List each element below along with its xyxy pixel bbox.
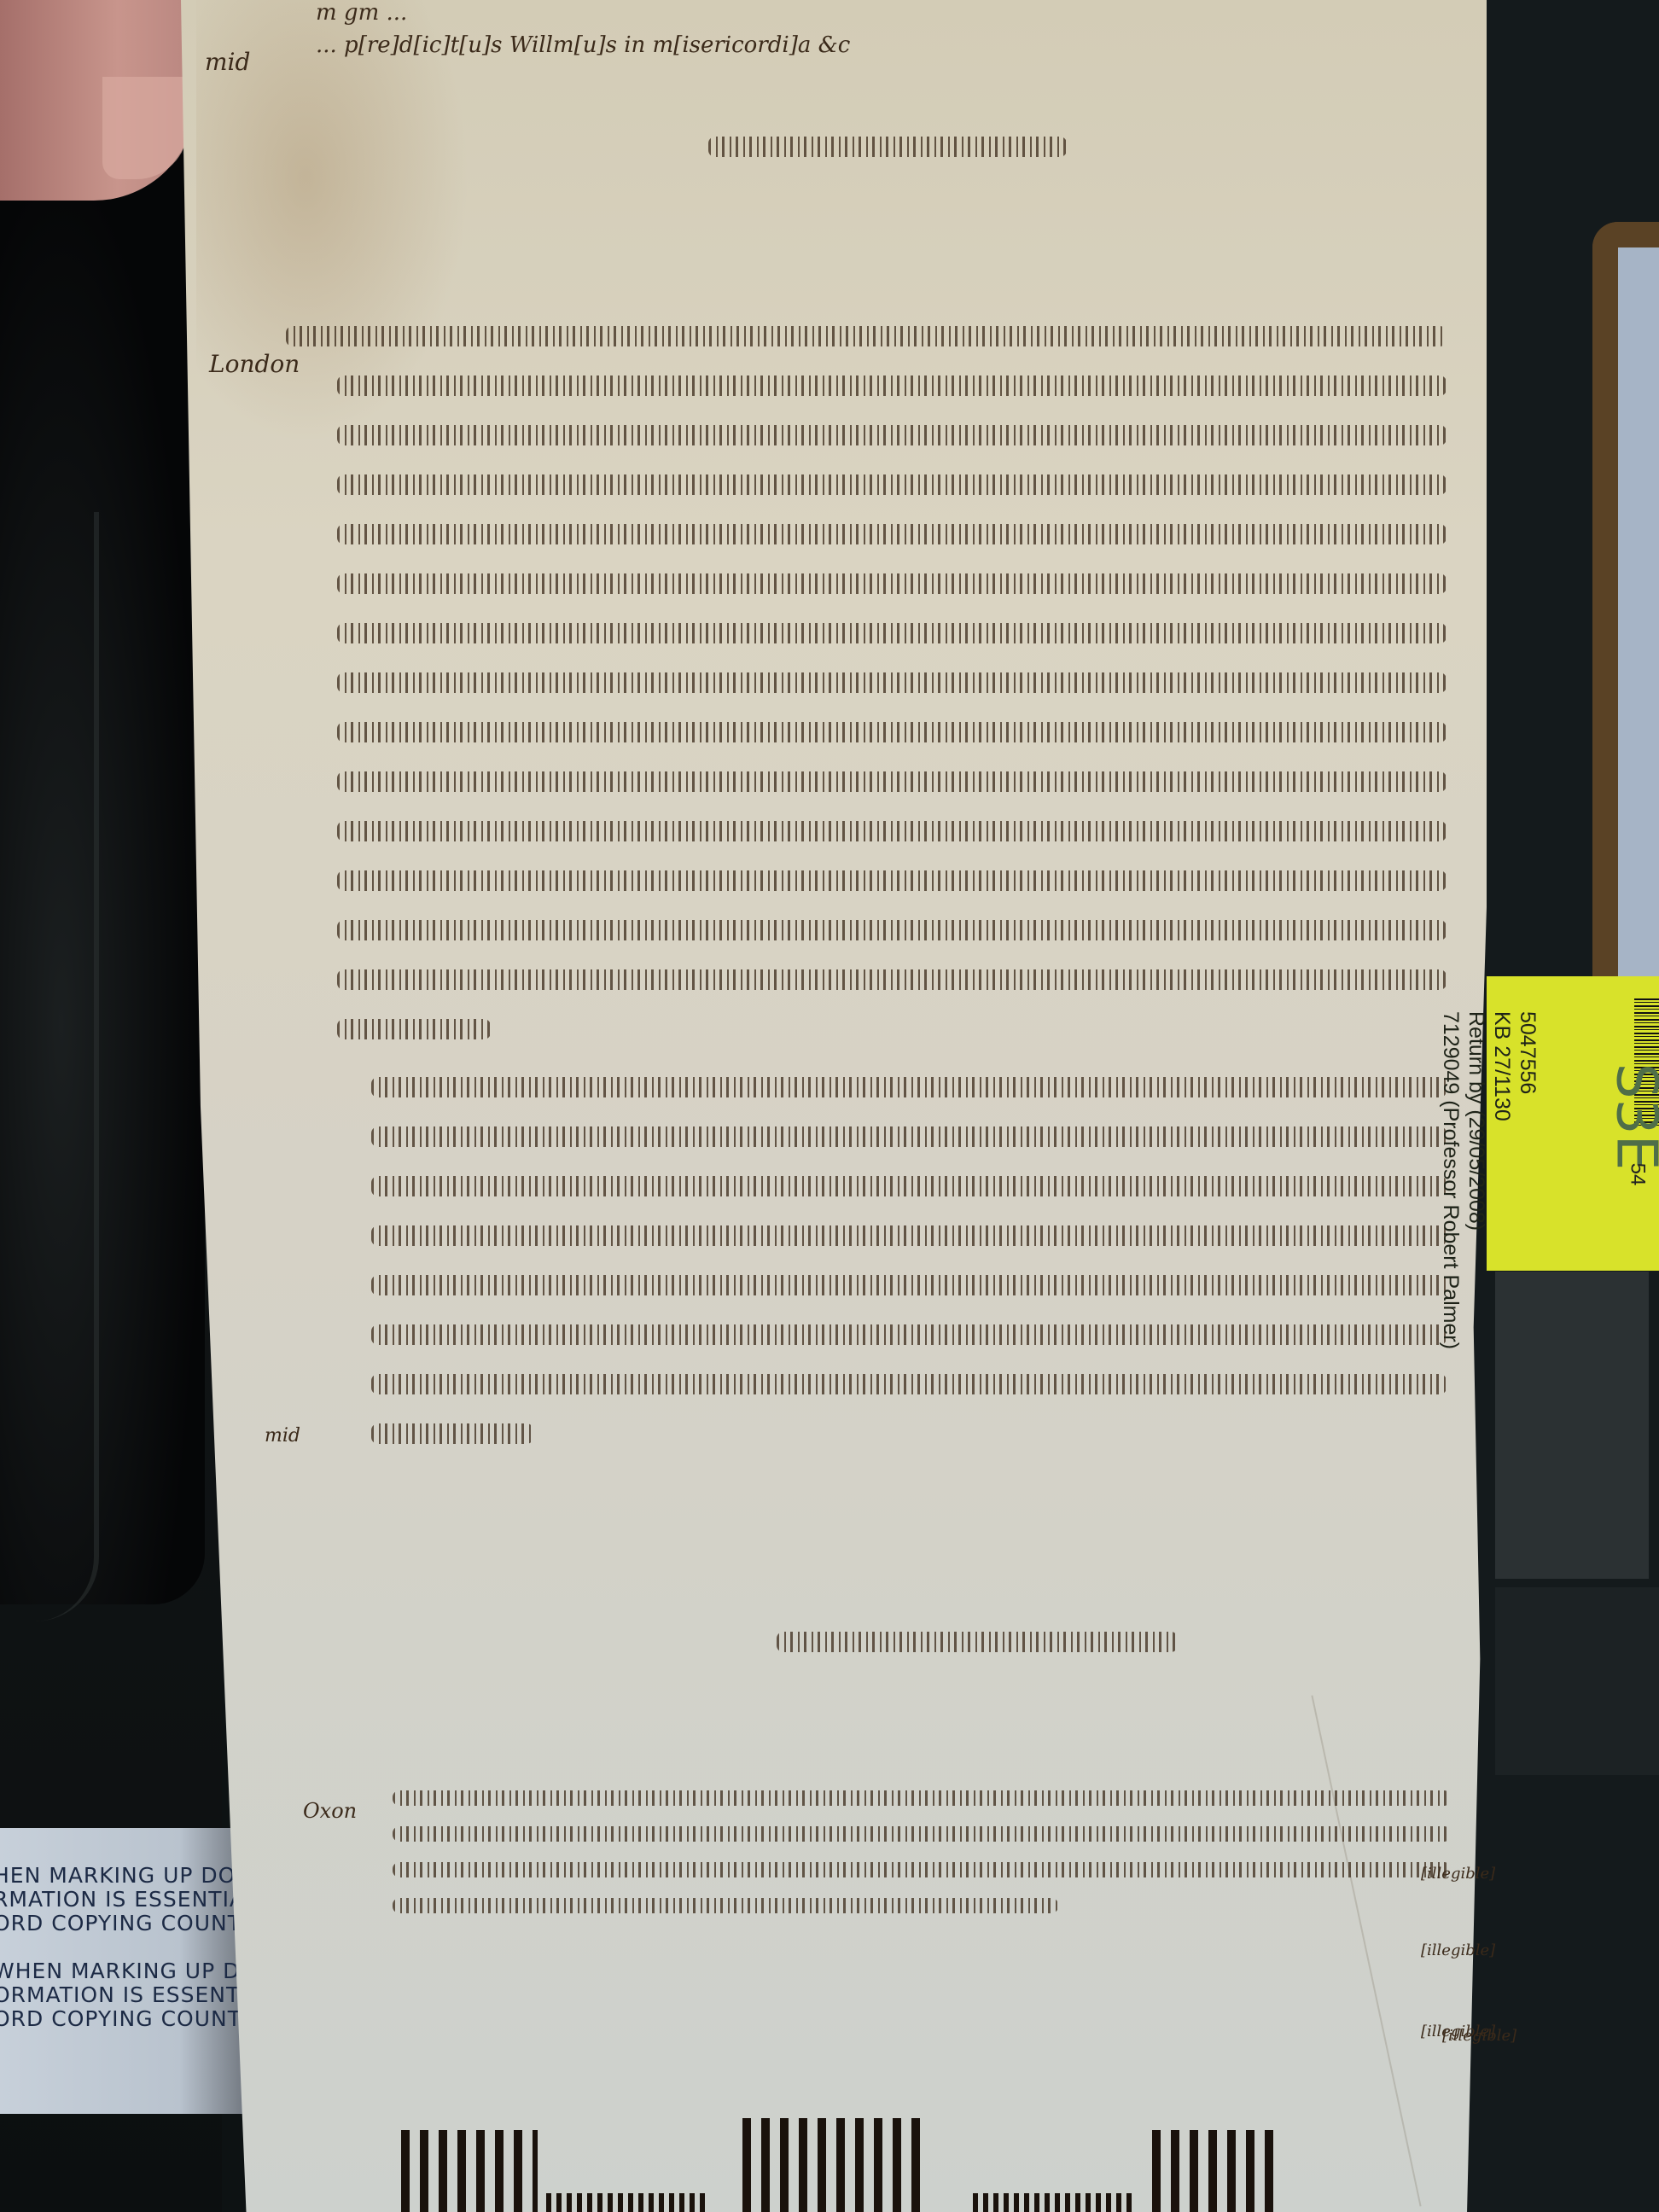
top-margin-note: mid bbox=[205, 48, 250, 76]
notice-line: WHEN MARKING UP DOCU bbox=[0, 1959, 249, 1983]
manuscript-line bbox=[371, 1077, 1447, 1116]
notice-line: ORD COPYING COUNTER SHO bbox=[0, 1912, 249, 1935]
archive-label-text: 5047556 KB 27/1130 Return by (29/05/2008… bbox=[1438, 1011, 1540, 1349]
manuscript-line bbox=[371, 1324, 1447, 1364]
manuscript-line bbox=[337, 425, 1447, 464]
notice-block-2: WHEN MARKING UP DOCU ORMATION IS ESSENTI… bbox=[0, 1959, 249, 2031]
manuscript-line bbox=[337, 573, 1447, 613]
right-edge-note: [illegible] bbox=[1421, 1865, 1495, 1883]
manuscript-line bbox=[337, 1019, 491, 1058]
foam-support-block-lower bbox=[1495, 1587, 1659, 1775]
manuscript-line bbox=[393, 1790, 1451, 1819]
right-edge-note: [illegible] bbox=[1421, 1941, 1495, 1959]
manuscript-line bbox=[337, 821, 1447, 860]
manuscript-line bbox=[371, 1374, 1447, 1413]
label-line: 5047556 bbox=[1515, 1011, 1540, 1349]
manuscript-line bbox=[371, 1423, 533, 1463]
manuscript-line: ... p[re]d[ic]t[u]s Willm[u]s in m[iseri… bbox=[316, 32, 828, 58]
notice-line: RMATION IS ESSENTIAL TO bbox=[0, 1888, 249, 1912]
gothic-flourish bbox=[973, 2193, 1135, 2212]
label-line: Return by (29/05/2008) bbox=[1464, 1011, 1489, 1349]
manuscript-line bbox=[286, 326, 1447, 365]
notice-line: ORD COPYING COUNTER SHO bbox=[0, 2007, 249, 2031]
notice-line: HEN MARKING UP DOCU bbox=[0, 1864, 249, 1888]
notice-block-1: HEN MARKING UP DOCU RMATION IS ESSENTIAL… bbox=[0, 1864, 249, 1935]
manuscript-line bbox=[337, 920, 1447, 959]
manuscript-line bbox=[337, 623, 1447, 662]
label-line: 7129049 (Professor Robert Palmer) bbox=[1438, 1011, 1464, 1349]
display-script bbox=[401, 2125, 1408, 2212]
manuscript-line bbox=[393, 1826, 1451, 1855]
gothic-flourish bbox=[546, 2193, 708, 2212]
manuscript-line bbox=[371, 1275, 1447, 1314]
notice-line: ORMATION IS ESSENTIAL TO bbox=[0, 1983, 249, 2007]
section-heading bbox=[777, 1621, 1178, 1652]
wooden-frame bbox=[1592, 222, 1659, 1024]
cushion-edge-highlight bbox=[34, 512, 99, 1621]
margin-note-mid: mid bbox=[265, 1425, 300, 1447]
handwriting-heading bbox=[777, 1632, 1178, 1652]
manuscript-line bbox=[393, 1862, 1451, 1891]
manuscript-line bbox=[337, 771, 1447, 811]
manuscript-line bbox=[337, 969, 1447, 1009]
manuscript-line bbox=[337, 375, 1447, 415]
top-fragment: m gm ... ... p[re]d[ic]t[u]s Willm[u]s i… bbox=[316, 0, 828, 58]
manuscript-line bbox=[393, 1898, 1058, 1927]
handwritten-mark: S3E bbox=[1604, 1063, 1659, 1171]
manuscript-line: m gm ... bbox=[316, 0, 828, 32]
manuscript-line bbox=[337, 722, 1447, 761]
gothic-letters bbox=[401, 2130, 538, 2212]
section-2-text bbox=[371, 1067, 1447, 1463]
handwriting-heading bbox=[708, 137, 1067, 157]
manuscript-line bbox=[371, 1176, 1447, 1215]
manuscript-line bbox=[337, 474, 1447, 514]
manuscript-line bbox=[337, 524, 1447, 563]
right-edge-note: [illegible] bbox=[1442, 2027, 1516, 2045]
black-support-cushion bbox=[0, 154, 205, 1604]
manuscript-line bbox=[337, 672, 1447, 712]
gothic-letters bbox=[1152, 2130, 1280, 2212]
manuscript-line bbox=[371, 1225, 1447, 1265]
copying-notice-sheet: HEN MARKING UP DOCU RMATION IS ESSENTIAL… bbox=[0, 1828, 249, 2114]
section-3-text bbox=[393, 1784, 1451, 1927]
gothic-letters bbox=[742, 2118, 930, 2212]
section-heading bbox=[708, 126, 1067, 157]
label-number: 54 bbox=[1625, 1163, 1649, 1186]
margin-note-oxon: Oxon bbox=[303, 1799, 357, 1823]
manuscript-line bbox=[337, 870, 1447, 910]
label-line: KB 27/1130 bbox=[1489, 1011, 1515, 1349]
manuscript-line bbox=[371, 1126, 1447, 1166]
section-1-text bbox=[286, 316, 1447, 1058]
